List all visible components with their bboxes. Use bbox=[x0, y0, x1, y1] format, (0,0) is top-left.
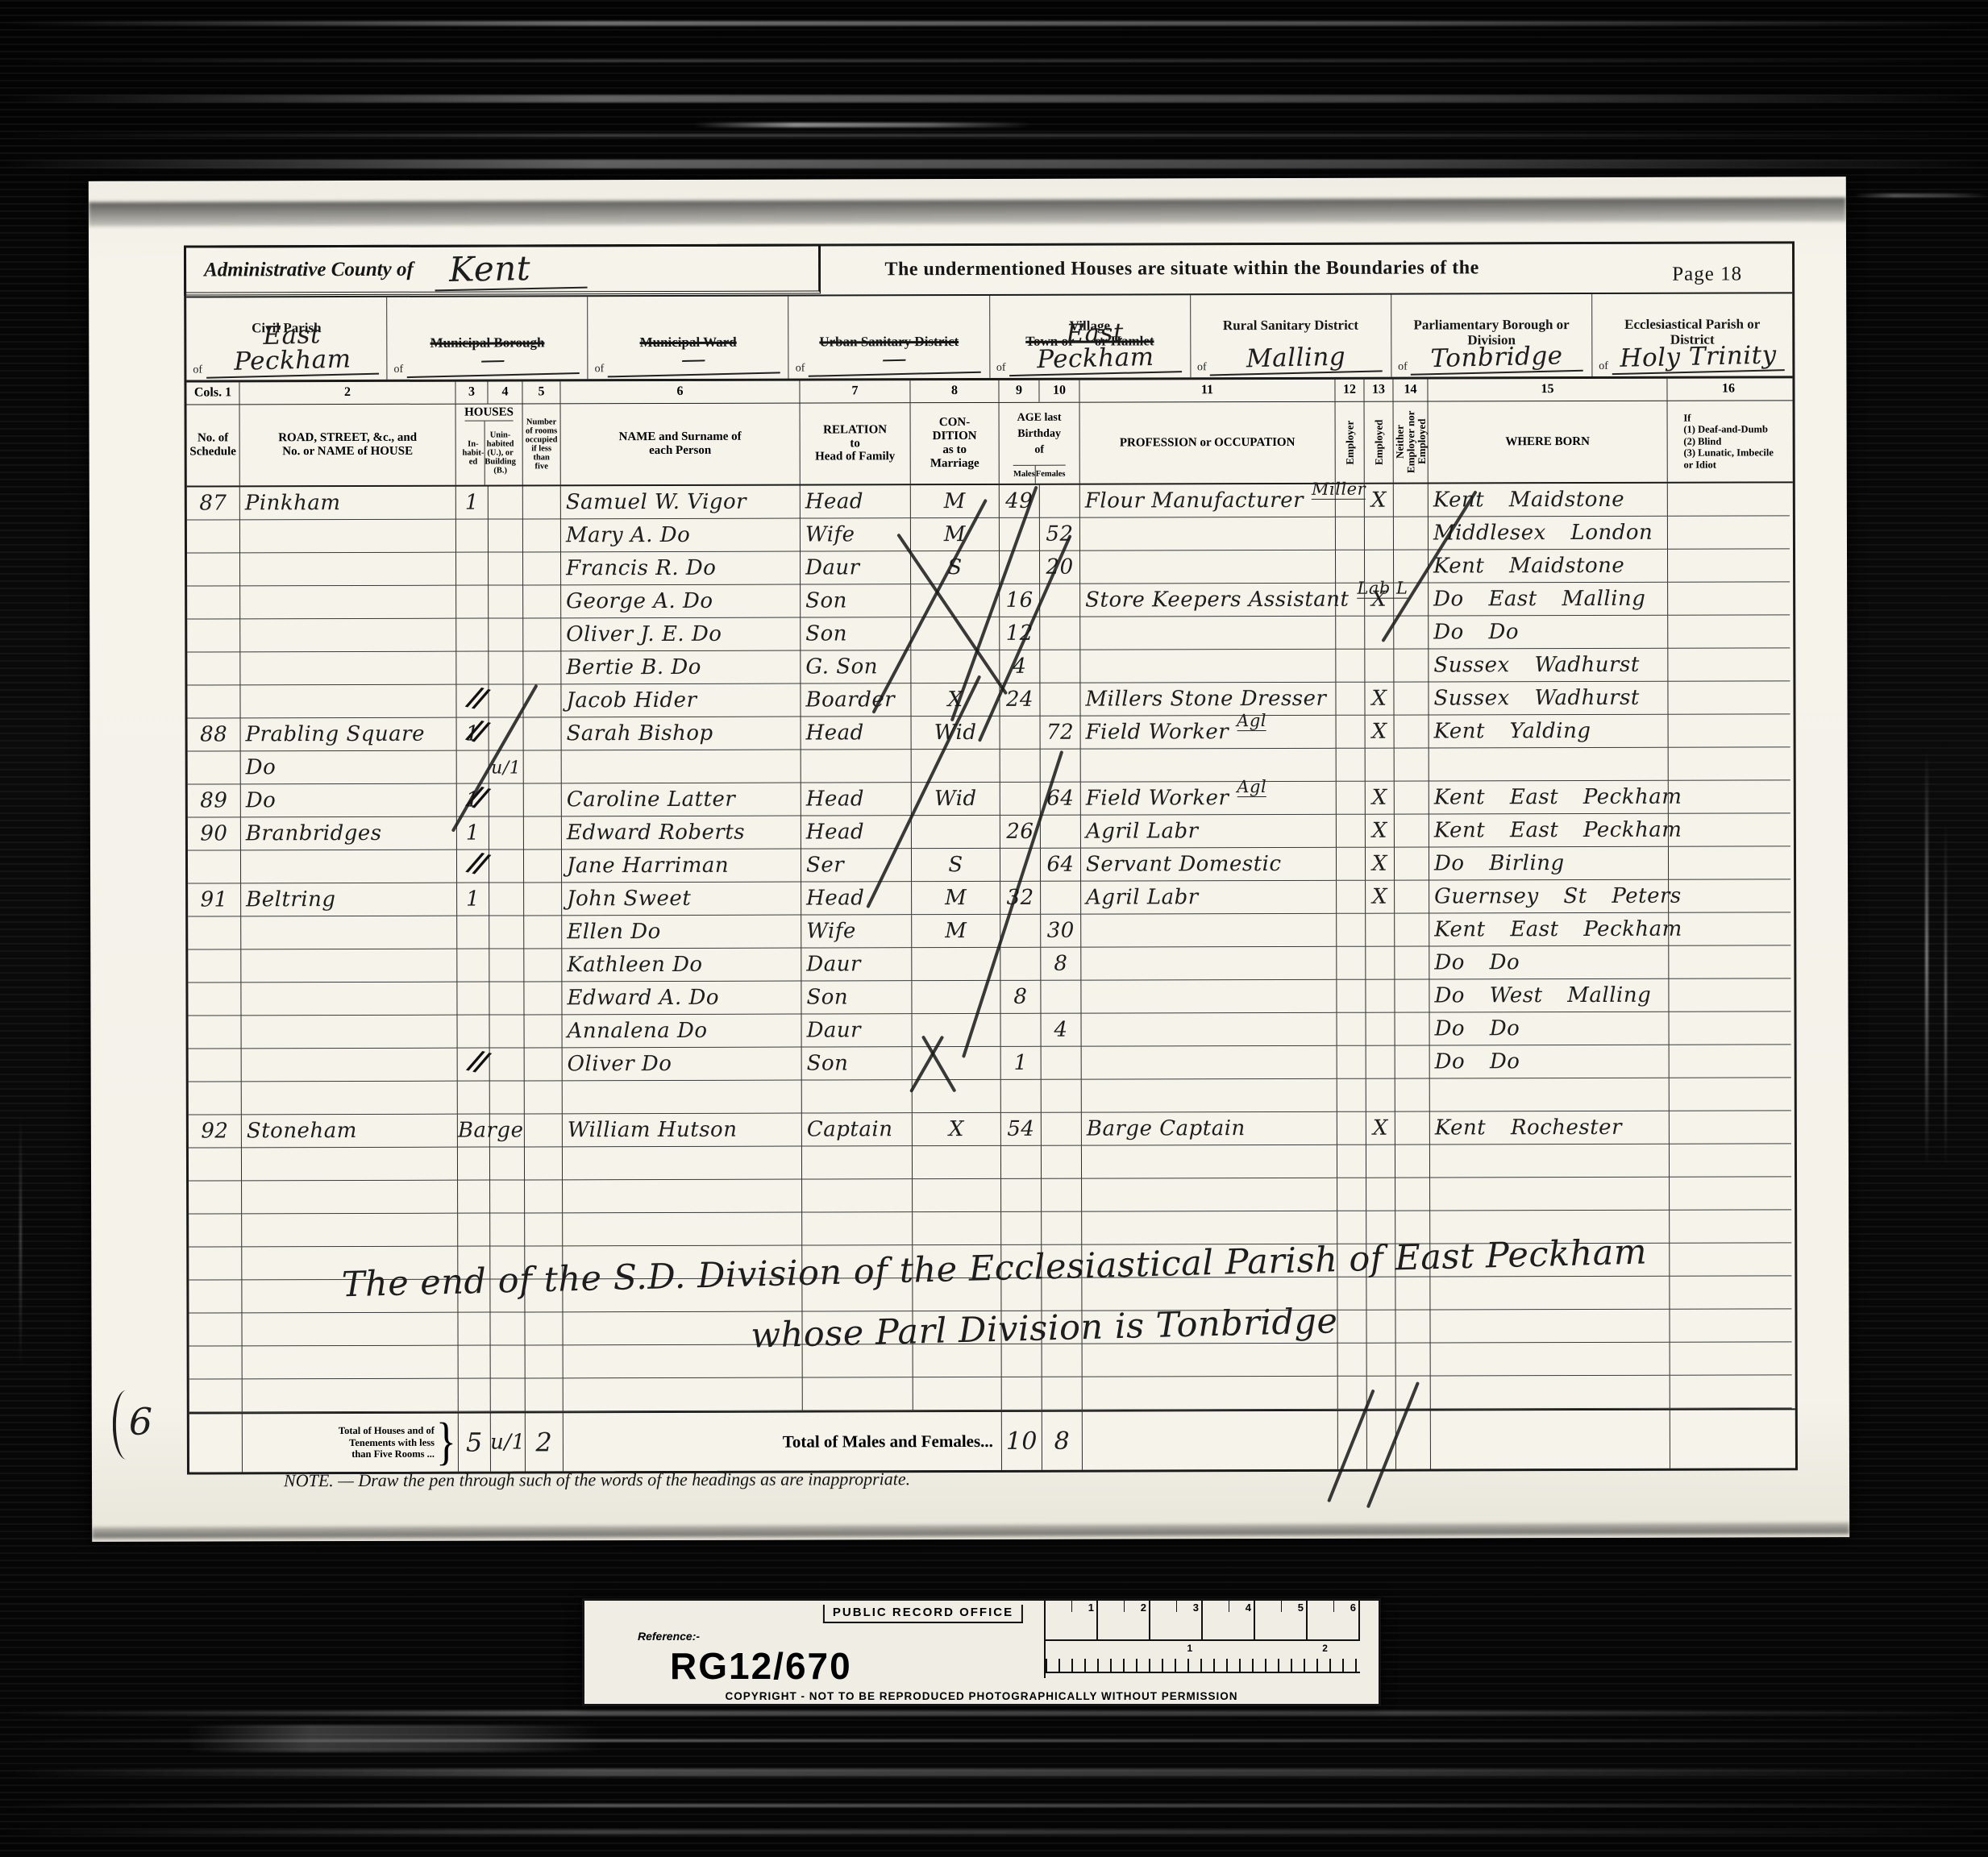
cell-neither bbox=[1395, 881, 1429, 914]
cell-born: Kent Maidstone bbox=[1429, 484, 1668, 517]
cell-relation: Head bbox=[801, 816, 912, 849]
scan-streak bbox=[0, 60, 1988, 62]
cell-condition bbox=[913, 1014, 1001, 1047]
cell-rooms bbox=[524, 883, 562, 916]
cell-uninhabited: u/1 bbox=[489, 750, 524, 783]
cell-rooms bbox=[524, 949, 562, 982]
cell-employer bbox=[1336, 683, 1365, 716]
scan-streak bbox=[0, 160, 1988, 168]
cell-age-female bbox=[1042, 1377, 1083, 1410]
cell-employer bbox=[1337, 881, 1366, 914]
cell-age-male: 24 bbox=[1000, 683, 1040, 717]
table-row: 89 Do 1 // Caroline Latter Head Wid 64 F… bbox=[188, 780, 1794, 817]
totals-males: 10 bbox=[1002, 1412, 1042, 1470]
cell-rooms bbox=[524, 717, 562, 750]
cell-condition bbox=[913, 1047, 1001, 1080]
cell-condition bbox=[912, 948, 1000, 981]
cell-schedule: 89 bbox=[188, 784, 241, 817]
cell-occupation: Store Keepers AssistantLab L bbox=[1080, 584, 1336, 617]
table-row bbox=[189, 1177, 1795, 1214]
column-label-condition: CON- DITION as to Marriage bbox=[930, 416, 979, 470]
cell-employer bbox=[1337, 914, 1366, 947]
cell-rooms bbox=[523, 486, 561, 519]
cell-schedule: 91 bbox=[188, 883, 241, 916]
table-row: 90 Branbridges 1 Edward Roberts Head 26 … bbox=[188, 813, 1794, 850]
cell-rooms bbox=[524, 982, 562, 1015]
cell-inhabited bbox=[457, 916, 489, 949]
scan-streak bbox=[1925, 750, 1928, 1169]
cell-rooms bbox=[525, 1081, 563, 1114]
column-label-born: WHERE BORN bbox=[1505, 435, 1590, 449]
cell-age-female: 52 bbox=[1040, 518, 1080, 551]
houses-group-title: HOUSES bbox=[464, 404, 514, 421]
cell-schedule bbox=[189, 1181, 242, 1214]
cell-age-male bbox=[1000, 717, 1041, 750]
cell-born: Kent Yalding bbox=[1429, 715, 1669, 749]
cell-road bbox=[243, 1379, 459, 1413]
column-label-females: Females bbox=[1036, 466, 1066, 484]
cell-age-male bbox=[1001, 1179, 1042, 1212]
district-section: Village Town or — or Hamlet of East Peck… bbox=[990, 295, 1191, 378]
column-label-males: Males bbox=[1013, 466, 1036, 484]
inch-segment: 2 bbox=[1098, 1601, 1150, 1639]
cell-occupation bbox=[1083, 1377, 1338, 1410]
scan-streak bbox=[0, 134, 1988, 137]
cell-condition: M bbox=[912, 915, 1000, 948]
cell-name: Sarah Bishop bbox=[562, 717, 801, 751]
cell-born bbox=[1430, 1078, 1670, 1112]
cell-condition bbox=[912, 981, 1000, 1014]
table-row bbox=[189, 1375, 1795, 1412]
cell-born bbox=[1429, 748, 1669, 782]
cell-name: Francis R. Do bbox=[561, 552, 801, 586]
cell-relation bbox=[802, 1080, 913, 1113]
cell-rooms bbox=[523, 684, 561, 717]
cell-name: Mary A. Do bbox=[561, 519, 801, 553]
admin-county-value: Kent bbox=[434, 247, 587, 292]
column-label-inhabited: In- habit- ed bbox=[462, 440, 484, 467]
cell-uninhabited bbox=[489, 883, 524, 916]
cell-neither bbox=[1395, 1046, 1430, 1079]
admin-county-box: Administrative County of Kent bbox=[184, 243, 821, 295]
cell-employed bbox=[1367, 1344, 1396, 1377]
cell-schedule bbox=[187, 652, 240, 685]
cell-born: Do Do bbox=[1429, 616, 1668, 650]
district-value: East Peckham bbox=[205, 322, 379, 379]
of-label: of bbox=[796, 363, 805, 376]
cell-employer bbox=[1337, 1013, 1366, 1046]
cell-born bbox=[1430, 1178, 1670, 1211]
cell-neither bbox=[1395, 914, 1429, 947]
cell-rooms bbox=[525, 1048, 563, 1081]
cell-employed: X bbox=[1366, 716, 1395, 749]
totals-rooms: 2 bbox=[526, 1413, 564, 1471]
cell-born: Do Birling bbox=[1429, 847, 1669, 881]
district-label: Rural Sanitary District bbox=[1223, 317, 1358, 332]
form-header: Administrative County of Kent The underm… bbox=[186, 243, 1792, 297]
cell-condition bbox=[912, 750, 1000, 783]
table-row: Ellen Do Wife M 30 Kent East Peckham bbox=[188, 912, 1794, 949]
cell-rooms bbox=[523, 519, 561, 552]
inch-segment: 1 bbox=[1046, 1601, 1098, 1639]
inch-segment: 4 bbox=[1203, 1601, 1255, 1639]
table-row: Bertie B. Do G. Son 4 Sussex Wadhurst bbox=[187, 648, 1793, 685]
cell-born: Do East Malling bbox=[1429, 583, 1668, 617]
cell-condition bbox=[913, 1146, 1001, 1179]
cell-born: Do Do bbox=[1429, 946, 1669, 980]
cell-infirmities bbox=[1669, 912, 1790, 945]
brace-glyph: } bbox=[436, 1412, 456, 1473]
inch-ruler: 123456 bbox=[1046, 1601, 1360, 1641]
cell-uninhabited bbox=[489, 982, 524, 1015]
cell-employed: X bbox=[1365, 584, 1394, 617]
reference-label: Reference:- bbox=[638, 1630, 700, 1643]
cell-relation: Son bbox=[801, 584, 911, 617]
cell-uninhabited bbox=[490, 1081, 525, 1114]
cell-uninhabited: // bbox=[489, 717, 524, 750]
cell-neither bbox=[1394, 584, 1429, 617]
cell-schedule bbox=[188, 949, 241, 983]
cell-employed bbox=[1365, 517, 1394, 550]
totals-inhabited: 5 bbox=[459, 1414, 491, 1472]
inch-segment: 5 bbox=[1255, 1601, 1308, 1639]
cell-age-female: 20 bbox=[1040, 551, 1080, 584]
cell-infirmities bbox=[1669, 1012, 1790, 1045]
cell-road bbox=[240, 619, 456, 653]
cell-infirmities bbox=[1670, 1111, 1791, 1144]
cell-age-male bbox=[1001, 1080, 1042, 1113]
cell-occupation bbox=[1081, 914, 1337, 948]
table-row: Mary A. Do Wife M 52 Middlesex London bbox=[187, 516, 1793, 553]
cell-neither bbox=[1395, 980, 1429, 1013]
district-section: Rural Sanitary District of Malling bbox=[1191, 295, 1391, 378]
cell-age-male bbox=[1000, 948, 1041, 981]
table-row: // Oliver Do Son 1 Do Do bbox=[189, 1045, 1795, 1082]
cell-rooms bbox=[525, 1213, 563, 1246]
cell-inhabited bbox=[456, 553, 489, 586]
table-row: 92 Stoneham Barge William Hutson Captain… bbox=[189, 1111, 1795, 1148]
cell-name: Edward A. Do bbox=[562, 982, 801, 1016]
cell-rooms bbox=[525, 1015, 563, 1048]
cell-road: Pinkham bbox=[240, 487, 456, 521]
cell-born: Middlesex London bbox=[1429, 517, 1668, 550]
scan-streak bbox=[0, 1830, 1988, 1834]
column-number: 2 bbox=[239, 382, 455, 405]
cell-inhabited: 1 bbox=[457, 817, 489, 850]
cm-mark: 2 bbox=[1322, 1643, 1328, 1654]
table-row: 88 Prabling Square 1 // Sarah Bishop Hea… bbox=[188, 714, 1794, 751]
cell-born: Do Do bbox=[1430, 1045, 1670, 1079]
cell-condition: X bbox=[913, 1113, 1001, 1146]
cell-road: Stoneham bbox=[242, 1115, 458, 1149]
cell-age-female bbox=[1041, 816, 1081, 849]
cell-employer bbox=[1337, 1178, 1366, 1211]
cell-employed: X bbox=[1366, 1112, 1395, 1145]
cell-rooms bbox=[523, 552, 561, 585]
district-section: Municipal Borough of — bbox=[387, 297, 588, 380]
cell-born: Kent Maidstone bbox=[1429, 550, 1668, 584]
cell-born bbox=[1431, 1343, 1670, 1377]
column-number: 13 bbox=[1364, 380, 1393, 401]
cell-relation: Daur bbox=[801, 551, 911, 584]
cell-infirmities bbox=[1669, 879, 1790, 912]
cell-name: Edward Roberts bbox=[562, 816, 801, 850]
of-label: of bbox=[193, 364, 202, 376]
cell-employed bbox=[1366, 1046, 1395, 1079]
age-group-title: AGE last Birthday of bbox=[1017, 403, 1062, 465]
cell-condition: S bbox=[912, 849, 1000, 882]
column-number: 14 bbox=[1393, 380, 1428, 401]
of-label: of bbox=[996, 362, 1006, 375]
cell-employer bbox=[1337, 1145, 1366, 1178]
column-number: 16 bbox=[1667, 378, 1789, 400]
table-header: Cols. 1 2 3 4 5 6 7 8 9 10 11 12 13 14 1… bbox=[186, 378, 1792, 487]
cell-employer bbox=[1337, 980, 1366, 1013]
cell-age-female bbox=[1040, 617, 1080, 650]
cell-name: Bertie B. Do bbox=[561, 651, 801, 685]
cell-road bbox=[242, 1214, 458, 1248]
census-form: Administrative County of Kent The underm… bbox=[184, 241, 1798, 1474]
cell-road bbox=[242, 1181, 458, 1215]
cell-schedule: 92 bbox=[189, 1115, 242, 1148]
cell-employed: X bbox=[1365, 484, 1394, 517]
cell-uninhabited bbox=[490, 1114, 525, 1147]
cell-neither bbox=[1395, 716, 1429, 749]
district-value: Holy Trinity bbox=[1612, 343, 1785, 375]
column-number: 9 bbox=[999, 380, 1039, 402]
cell-occupation bbox=[1082, 1178, 1337, 1212]
cell-employer bbox=[1337, 1079, 1366, 1112]
cell-age-female: 4 bbox=[1042, 1014, 1082, 1047]
cell-schedule bbox=[187, 619, 240, 652]
scan-streak bbox=[0, 1710, 1988, 1716]
cell-inhabited bbox=[457, 949, 489, 983]
cell-age-female bbox=[1042, 1146, 1082, 1179]
table-row bbox=[189, 1144, 1795, 1181]
cell-inhabited bbox=[458, 1082, 490, 1115]
of-label: of bbox=[1599, 360, 1608, 373]
cell-infirmities bbox=[1669, 780, 1790, 813]
cell-uninhabited bbox=[489, 519, 523, 552]
cell-employer bbox=[1337, 1046, 1366, 1079]
cell-schedule bbox=[188, 850, 241, 883]
cell-schedule bbox=[189, 1313, 242, 1346]
cell-relation bbox=[803, 1377, 913, 1410]
cell-employer bbox=[1337, 1112, 1366, 1145]
record-office-stamp: PUBLIC RECORD OFFICE bbox=[823, 1605, 1023, 1623]
table-row: Annalena Do Daur 4 Do Do bbox=[189, 1012, 1795, 1049]
cell-uninhabited bbox=[489, 651, 523, 684]
district-section: Civil Parish of East Peckham bbox=[186, 297, 387, 380]
cell-schedule: 90 bbox=[188, 817, 241, 850]
scan-streak bbox=[0, 21, 1988, 26]
cell-name: Jane Harriman bbox=[562, 850, 801, 883]
cell-road bbox=[240, 685, 456, 719]
column-label-name: NAME and Surname of each Person bbox=[619, 430, 742, 458]
cell-condition: Wid bbox=[912, 717, 1000, 750]
cell-relation: Son bbox=[802, 1047, 913, 1080]
cell-employed: X bbox=[1365, 683, 1394, 716]
cell-name: Kathleen Do bbox=[562, 949, 801, 983]
cell-neither bbox=[1394, 650, 1429, 683]
cell-age-female bbox=[1041, 882, 1081, 915]
cell-relation: Son bbox=[801, 981, 912, 1014]
cell-neither bbox=[1395, 947, 1429, 980]
cell-born bbox=[1431, 1376, 1670, 1410]
column-number: 12 bbox=[1335, 380, 1364, 401]
cell-uninhabited bbox=[489, 949, 524, 982]
cell-inhabited bbox=[458, 1214, 490, 1247]
cell-road bbox=[241, 949, 457, 983]
table-row: 87 Pinkham 1 Samuel W. Vigor Head M 49 F… bbox=[187, 483, 1793, 520]
cell-condition bbox=[913, 1179, 1001, 1212]
cell-uninhabited bbox=[490, 1213, 525, 1246]
cell-age-female bbox=[1042, 1344, 1083, 1377]
cell-relation: Captain bbox=[802, 1113, 913, 1146]
scan-streak bbox=[185, 1725, 605, 1752]
column-number: 3 bbox=[455, 382, 488, 404]
cell-age-male: 8 bbox=[1000, 981, 1041, 1014]
reference-number: RG12/670 bbox=[670, 1644, 852, 1688]
cell-employed bbox=[1366, 1013, 1395, 1046]
cell-inhabited bbox=[458, 1181, 490, 1214]
cell-age-female bbox=[1041, 981, 1081, 1014]
cell-condition bbox=[911, 584, 1000, 617]
cell-road: Prabling Square bbox=[241, 718, 457, 752]
cell-relation bbox=[801, 750, 912, 783]
cell-rooms bbox=[525, 1114, 563, 1147]
cell-age-female bbox=[1042, 1179, 1082, 1212]
cell-uninhabited: // bbox=[490, 1048, 525, 1081]
totals-uninhabited: u/1 bbox=[491, 1413, 526, 1471]
cell-inhabited bbox=[458, 1016, 490, 1049]
column-number: Cols. 1 bbox=[186, 382, 239, 404]
inch-mark: 6 bbox=[1350, 1602, 1356, 1614]
cell-infirmities bbox=[1670, 1177, 1791, 1210]
cell-rooms bbox=[524, 916, 562, 949]
ruler: 123456 1 2 bbox=[1044, 1601, 1360, 1678]
cell-road bbox=[242, 1082, 458, 1115]
cell-relation: Head bbox=[801, 783, 912, 816]
cell-infirmities bbox=[1670, 1078, 1791, 1111]
cell-relation: Head bbox=[801, 485, 911, 518]
cell-infirmities bbox=[1668, 648, 1790, 681]
cell-infirmities bbox=[1669, 945, 1790, 978]
cell-age-female bbox=[1041, 750, 1081, 783]
cell-uninhabited bbox=[489, 585, 523, 618]
cell-neither bbox=[1394, 484, 1429, 517]
inch-segment: 6 bbox=[1308, 1601, 1360, 1639]
cell-relation: Boarder bbox=[801, 683, 911, 717]
column-number: 10 bbox=[1039, 380, 1079, 402]
cell-road bbox=[241, 916, 457, 950]
cell-relation: Head bbox=[801, 882, 912, 915]
cell-age-female bbox=[1042, 1047, 1082, 1080]
table-row: Francis R. Do Daur S 20 Kent Maidstone bbox=[187, 549, 1793, 586]
cell-age-male bbox=[1000, 849, 1041, 882]
cell-occupation bbox=[1082, 1145, 1337, 1179]
cell-infirmities bbox=[1670, 1375, 1792, 1408]
cell-age-male bbox=[1000, 518, 1040, 551]
cell-relation: Wife bbox=[801, 518, 911, 551]
cell-road bbox=[240, 520, 456, 554]
table-row: George A. Do Son 16 Store Keepers Assist… bbox=[187, 582, 1793, 619]
cm-ruler: 1 2 bbox=[1046, 1641, 1360, 1678]
column-label-road: ROAD, STREET, &c., and No. or NAME of HO… bbox=[278, 431, 417, 459]
cell-born: Sussex Wadhurst bbox=[1429, 682, 1668, 716]
cell-occupation bbox=[1082, 1079, 1337, 1113]
district-value: East Peckham bbox=[1009, 319, 1183, 376]
cell-road: Do bbox=[241, 784, 457, 818]
cell-inhabited bbox=[459, 1379, 491, 1412]
cell-inhabited bbox=[456, 520, 489, 553]
cell-age-female: 30 bbox=[1041, 915, 1081, 948]
column-label-employed: Employed bbox=[1373, 419, 1384, 464]
cell-name: Oliver J. E. Do bbox=[561, 618, 801, 652]
totals-persons-label: Total of Males and Females... bbox=[564, 1412, 1002, 1471]
cm-ticks bbox=[1046, 1659, 1360, 1673]
stamp-strip: PUBLIC RECORD OFFICE Reference:- RG12/67… bbox=[582, 1598, 1381, 1706]
cell-condition bbox=[911, 617, 1000, 650]
cell-neither bbox=[1395, 1112, 1430, 1145]
column-label-relation: RELATION to Head of Family bbox=[815, 423, 895, 464]
cell-name: George A. Do bbox=[561, 585, 801, 619]
cell-age-female: 64 bbox=[1041, 849, 1081, 882]
cell-uninhabited: // bbox=[489, 850, 524, 883]
cell-age-male: 16 bbox=[1000, 584, 1040, 617]
cell-employer bbox=[1336, 584, 1365, 617]
table-row: Oliver J. E. Do Son 12 Do Do bbox=[187, 615, 1793, 652]
cell-name bbox=[563, 1180, 802, 1214]
cell-neither bbox=[1395, 749, 1429, 782]
cell-name: Samuel W. Vigor bbox=[561, 486, 801, 520]
column-number: 8 bbox=[910, 380, 999, 402]
cell-employer bbox=[1338, 1344, 1367, 1377]
inch-mark: 5 bbox=[1298, 1602, 1304, 1614]
scan-streak bbox=[1944, 822, 1947, 1169]
cell-schedule: 87 bbox=[187, 487, 240, 520]
cell-name: Caroline Latter bbox=[562, 783, 801, 817]
cell-neither bbox=[1395, 1145, 1430, 1178]
table-row: Do u/1 bbox=[188, 747, 1794, 784]
cell-age-male bbox=[1000, 915, 1041, 948]
cell-name: Oliver Do bbox=[563, 1048, 802, 1082]
district-value: — bbox=[406, 346, 580, 378]
of-label: of bbox=[1197, 361, 1207, 374]
cell-relation: Daur bbox=[802, 1014, 913, 1047]
cell-age-male: 12 bbox=[1000, 617, 1040, 650]
cell-employed bbox=[1365, 650, 1394, 683]
copyright-line: COPYRIGHT - NOT TO BE REPRODUCED PHOTOGR… bbox=[584, 1690, 1379, 1702]
cell-infirmities bbox=[1669, 714, 1790, 747]
cell-schedule bbox=[187, 553, 240, 586]
inch-mark: 3 bbox=[1193, 1602, 1199, 1614]
occupation-insertion: Agl bbox=[1237, 777, 1266, 797]
cell-road bbox=[242, 1148, 458, 1182]
cell-born: Sussex Wadhurst bbox=[1429, 649, 1668, 683]
cell-infirmities bbox=[1668, 549, 1790, 582]
situate-heading: The undermentioned Houses are situate wi… bbox=[755, 257, 1609, 281]
cell-occupation bbox=[1083, 1344, 1338, 1377]
cell-neither bbox=[1395, 1178, 1430, 1211]
cell-schedule bbox=[188, 751, 241, 784]
cell-neither bbox=[1394, 683, 1429, 716]
cell-rooms bbox=[525, 1147, 563, 1180]
cell-rooms bbox=[526, 1378, 564, 1411]
table-row bbox=[189, 1078, 1795, 1115]
cell-born: Guernsey St Peters bbox=[1429, 880, 1669, 914]
cell-condition: Wid bbox=[912, 783, 1000, 816]
